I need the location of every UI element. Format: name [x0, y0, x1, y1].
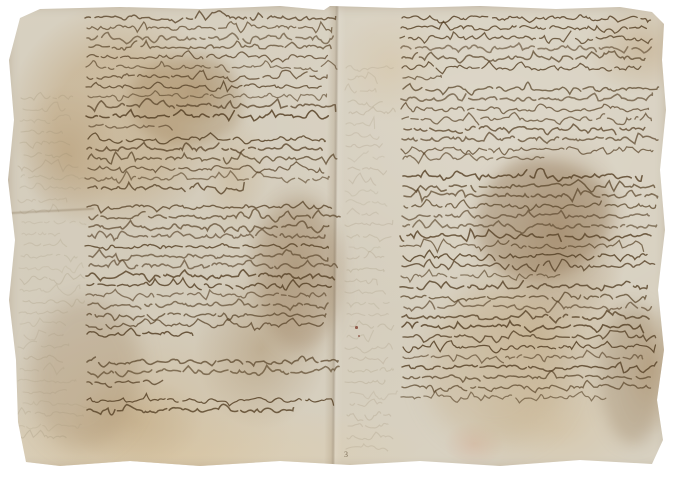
handwriting-line [401, 389, 606, 405]
ink-speck [355, 326, 358, 329]
folio-number: 3 [344, 450, 348, 459]
manuscript-scan: 3 [0, 0, 677, 480]
manuscript-paper: 3 [6, 4, 669, 470]
handwriting-line [403, 151, 544, 167]
handwritten-text-right-page [6, 4, 669, 470]
ink-speck [358, 335, 360, 337]
